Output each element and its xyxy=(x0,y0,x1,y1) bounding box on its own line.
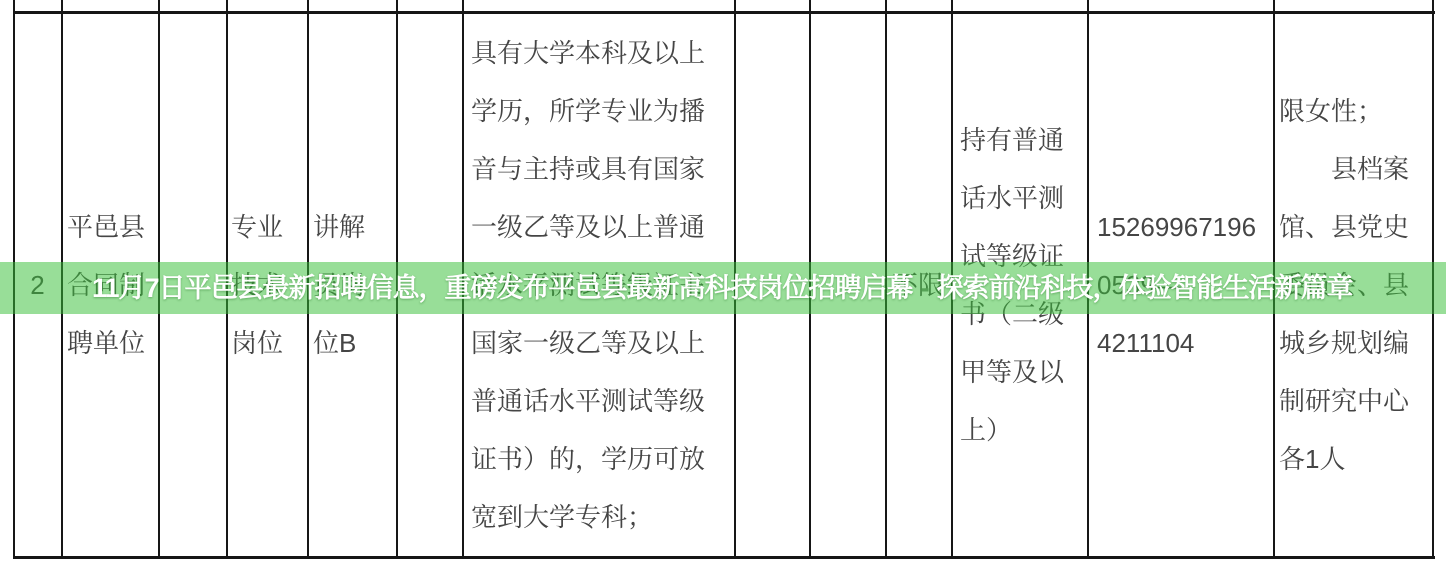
employer-line: 平邑县 xyxy=(67,198,145,256)
post-name-line: 讲解 xyxy=(313,198,365,256)
qualification-line: 一级乙等及以上普通 xyxy=(471,198,705,256)
promo-banner[interactable]: 11月7日平邑县最新招聘信息，重磅发布平邑县最新高科技岗位招聘启幕-探索前沿科技… xyxy=(0,262,1446,314)
remarks-line: 各1人 xyxy=(1279,430,1345,488)
phone-line: 4211104 xyxy=(1097,314,1194,372)
certificate-line: 话水平测 xyxy=(960,169,1064,227)
promo-banner-title: 11月7日平邑县最新招聘信息，重磅发布平邑县最新高科技岗位招聘启幕-探索前沿科技… xyxy=(92,262,1353,314)
post-name-line: 位B xyxy=(313,314,356,372)
certificate-line: 持有普通 xyxy=(960,111,1064,169)
qualification-line: 国家一级乙等及以上 xyxy=(471,314,705,372)
post-type-line: 岗位 xyxy=(231,314,283,372)
phone-line: 15269967196 xyxy=(1097,198,1256,256)
remarks-line: 制研究中心 xyxy=(1279,372,1409,430)
qualification-line: 学历，所学专业为播 xyxy=(471,82,705,140)
qualification-line: 普通话水平测试等级 xyxy=(471,372,705,430)
qualification-line: 证书）的，学历可放 xyxy=(471,430,705,488)
banner-title-part1: 11月7日平邑县最新招聘信息，重磅发布平邑县最新高科技岗位招聘启幕 xyxy=(92,273,913,303)
banner-title-part2: 探索前沿科技，体验智能生活新篇章 xyxy=(937,273,1353,303)
qualification-line: 宽到大学专科； xyxy=(471,488,653,546)
post-type-line: 专业 xyxy=(231,198,283,256)
page: 2 平邑县 合同制 聘单位 专业 技术 岗位 讲解 员岗 位B 具有大学本科及以… xyxy=(0,0,1446,577)
banner-title-dash: - xyxy=(913,273,937,303)
qualification-line: 具有大学本科及以上 xyxy=(471,24,705,82)
certificate-line: 上） xyxy=(960,401,1012,459)
remarks-line: 馆、县党史 xyxy=(1279,198,1409,256)
certificate-line: 甲等及以 xyxy=(960,343,1064,401)
remarks-line: 限女性； xyxy=(1279,82,1383,140)
qualification-line: 音与主持或具有国家 xyxy=(471,140,705,198)
remarks-line: 城乡规划编 xyxy=(1279,314,1409,372)
remarks-line: 县档案 xyxy=(1279,140,1409,198)
employer-line: 聘单位 xyxy=(67,314,145,372)
table-border-horizontal xyxy=(13,556,1435,559)
